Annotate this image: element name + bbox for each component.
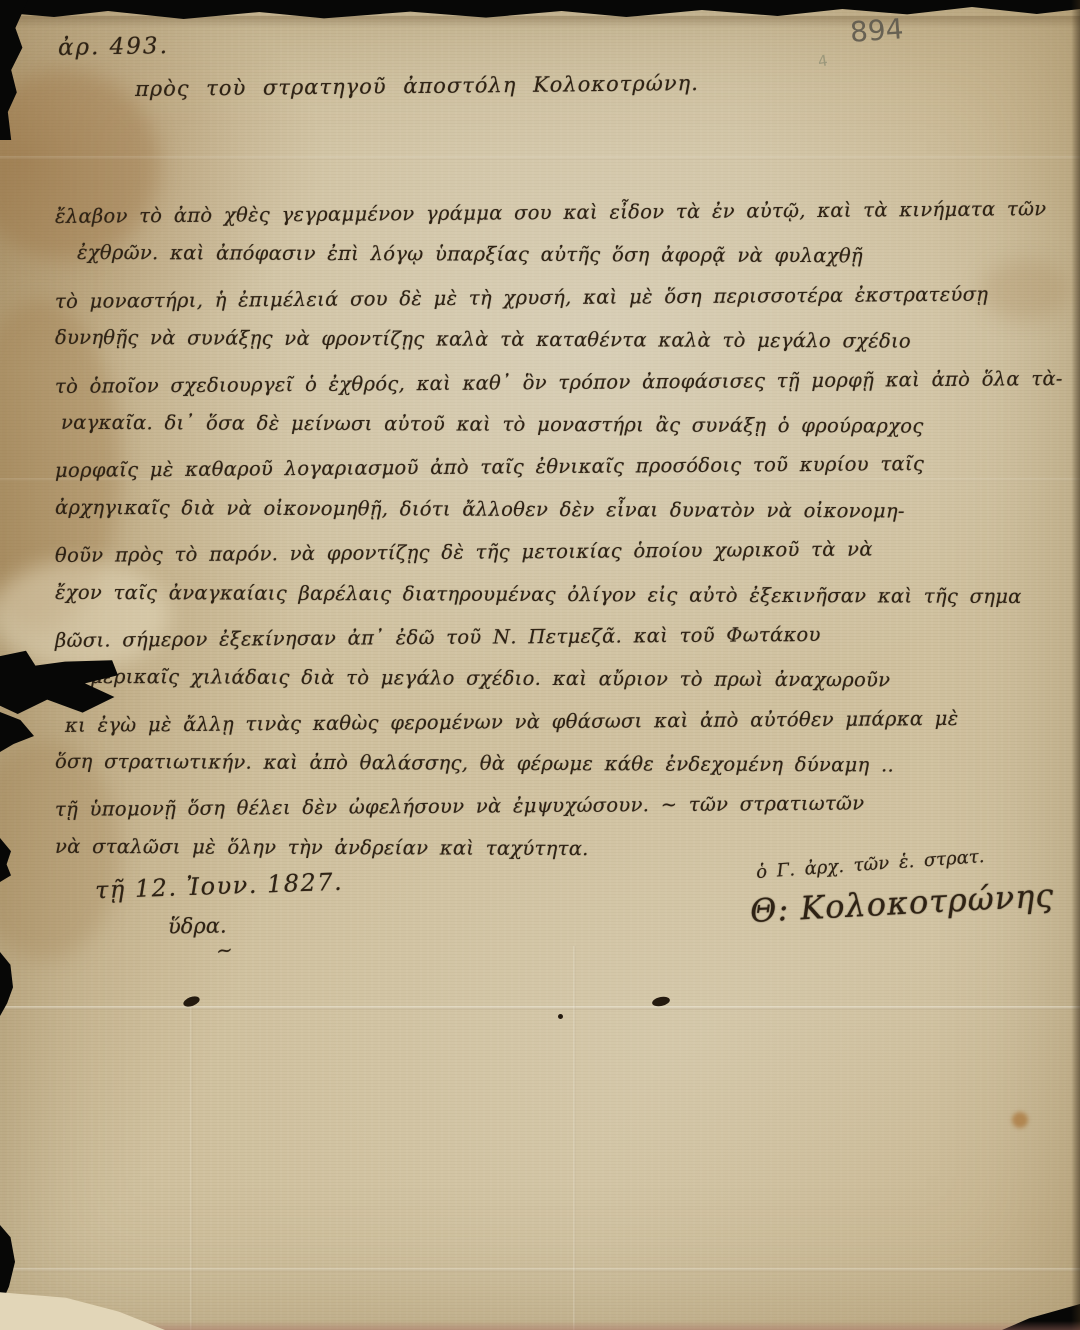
bottom-edge-shadow — [0, 1321, 1080, 1330]
handwritten-line: μορφαῖς μὲ καθαροῦ λογαριασμοῦ ἀπὸ ταῖς … — [55, 442, 1055, 492]
handwritten-line: βῶσι. σήμερον ἐξεκίνησαν ἀπ᾿ ἐδῶ τοῦ Ν. … — [55, 612, 1055, 662]
right-edge-shadow — [1071, 0, 1080, 1330]
handwritten-line: τῇ ὑπομονῇ ὅση θέλει δὲν ὠφελήσουν νὰ ἐμ… — [55, 782, 1055, 832]
stain-rust-spot — [1012, 1112, 1028, 1128]
letter-scan: ἀρ. 493. πρὸς τοὺ στρατηγοῦ ἀποστόλη Κολ… — [0, 0, 1080, 1330]
top-edge-shadow — [0, 16, 1080, 28]
fold-crease — [0, 1268, 1080, 1272]
paper-sheet: ἀρ. 493. πρὸς τοὺ στρατηγοῦ ἀποστόλη Κολ… — [0, 0, 1080, 1330]
handwritten-line: ἔλαβον τὸ ἀπὸ χθὲς γεγραμμένον γράμμα σο… — [55, 188, 1055, 238]
handwritten-line: ἀρχηγικαῖς διὰ νὰ οἰκονομηθῇ, διότι ἄλλο… — [55, 487, 1055, 534]
place-line: ὕδρα. — [168, 913, 227, 938]
fold-crease — [0, 156, 1080, 160]
fold-crease-vertical — [573, 946, 576, 1330]
handwritten-line: θοῦν πρὸς τὸ παρόν. νὰ φροντίζῃς δὲ τῆς … — [55, 527, 1055, 577]
fold-crease-vertical — [190, 996, 193, 1330]
handwritten-line: ἔχον ταῖς ἀναγκαίαις βαρέλαις διατηρουμέ… — [55, 571, 1055, 618]
handwritten-line: δυνηθῇς νὰ συνάξῃς νὰ φροντίζῃς καλὰ τὰ … — [55, 317, 1055, 364]
date-line: τῇ 12. Ἰουν. 1827. — [95, 868, 344, 905]
address-line: πρὸς τοὺ στρατηγοῦ ἀποστόλη Κολοκοτρώνη. — [135, 71, 699, 101]
ink-blot — [558, 1014, 563, 1019]
handwritten-line: ναγκαῖα. δι᾿ ὅσα δὲ μείνωσι αὐτοῦ καὶ τὸ… — [61, 402, 1055, 449]
handwritten-line: τὸ μοναστήρι, ἡ ἐπιμέλειά σου δὲ μὲ τὴ χ… — [55, 273, 1055, 323]
file-number: ἀρ. 493. — [58, 33, 169, 61]
fold-crease — [0, 1006, 1080, 1010]
handwritten-line: ἐχθρῶν. καὶ ἀπόφασιν ἐπὶ λόγῳ ὑπαρξίας α… — [77, 232, 1055, 279]
handwritten-line: κι ἐγὼ μὲ ἄλλῃ τινὰς καθὼς φερομένων νὰ … — [65, 697, 1055, 747]
letter-body: ἔλαβον τὸ ἀπὸ χθὲς γεγραμμένον γράμμα σο… — [55, 192, 1055, 870]
signature: Θ: Κολοκοτρώνης — [749, 876, 1055, 930]
pencil-faint-mark: 4 — [817, 51, 829, 70]
handwritten-line: τὸ ὁποῖον σχεδιουργεῖ ὁ ἐχθρός, καὶ καθ᾿… — [55, 358, 1055, 408]
place-flourish: ∼ — [215, 937, 234, 963]
handwritten-line: μὲ μερικαῖς χιλιάδαις διὰ τὸ μεγάλο σχέδ… — [55, 656, 1055, 703]
handwritten-line: ὅση στρατιωτικήν. καὶ ἀπὸ θαλάσσης, θὰ φ… — [55, 741, 1055, 788]
pencil-archive-number: 894 — [849, 12, 905, 49]
paper-flap-bottom-left — [0, 1284, 165, 1330]
